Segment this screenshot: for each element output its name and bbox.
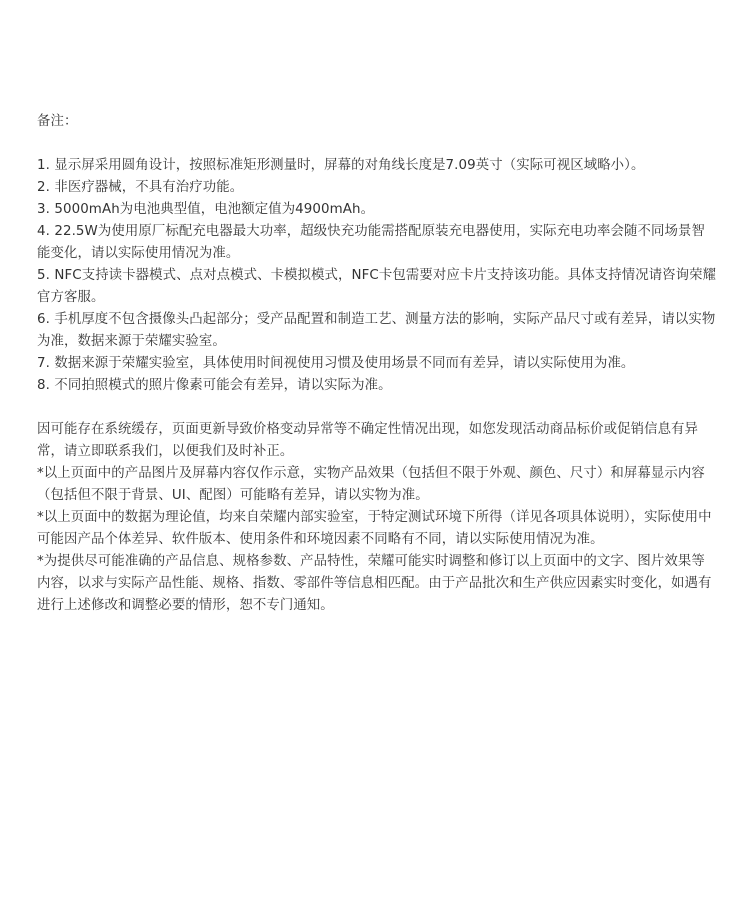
notes-list: 1. 显示屏采用圆角设计，按照标准矩形测量时，屏幕的对角线长度是7.09英寸（实…: [37, 155, 717, 397]
spacer: [37, 133, 717, 155]
section-gap: [37, 397, 717, 419]
note-item-7: 7. 数据来源于荣耀实验室，具体使用时间视使用习惯及使用场景不同而有差异，请以实…: [37, 353, 717, 375]
notes-document: 备注： 1. 显示屏采用圆角设计，按照标准矩形测量时，屏幕的对角线长度是7.09…: [37, 111, 717, 617]
note-item-3: 3. 5000mAh为电池典型值，电池额定值为4900mAh。: [37, 199, 717, 221]
disclaimer-images: *以上页面中的产品图片及屏幕内容仅作示意，实物产品效果（包括但不限于外观、颜色、…: [37, 463, 717, 507]
note-item-2: 2. 非医疗器械，不具有治疗功能。: [37, 177, 717, 199]
notes-heading: 备注：: [37, 111, 717, 133]
note-item-4: 4. 22.5W为使用原厂标配充电器最大功率，超级快充功能需搭配原装充电器使用，…: [37, 221, 717, 265]
note-item-1: 1. 显示屏采用圆角设计，按照标准矩形测量时，屏幕的对角线长度是7.09英寸（实…: [37, 155, 717, 177]
note-item-8: 8. 不同拍照模式的照片像素可能会有差异，请以实际为准。: [37, 375, 717, 397]
disclaimer-section: 因可能存在系统缓存，页面更新导致价格变动异常等不确定性情况出现，如您发现活动商品…: [37, 419, 717, 617]
note-item-6: 6. 手机厚度不包含摄像头凸起部分；受产品配置和制造工艺、测量方法的影响，实际产…: [37, 309, 717, 353]
disclaimer-data-values: *以上页面中的数据为理论值，均来自荣耀内部实验室，于特定测试环境下所得（详见各项…: [37, 507, 717, 551]
disclaimer-price-cache: 因可能存在系统缓存，页面更新导致价格变动异常等不确定性情况出现，如您发现活动商品…: [37, 419, 717, 463]
note-item-5: 5. NFC支持读卡器模式、点对点模式、卡模拟模式，NFC卡包需要对应卡片支持该…: [37, 265, 717, 309]
disclaimer-content-updates: *为提供尽可能准确的产品信息、规格参数、产品特性，荣耀可能实时调整和修订以上页面…: [37, 551, 717, 617]
